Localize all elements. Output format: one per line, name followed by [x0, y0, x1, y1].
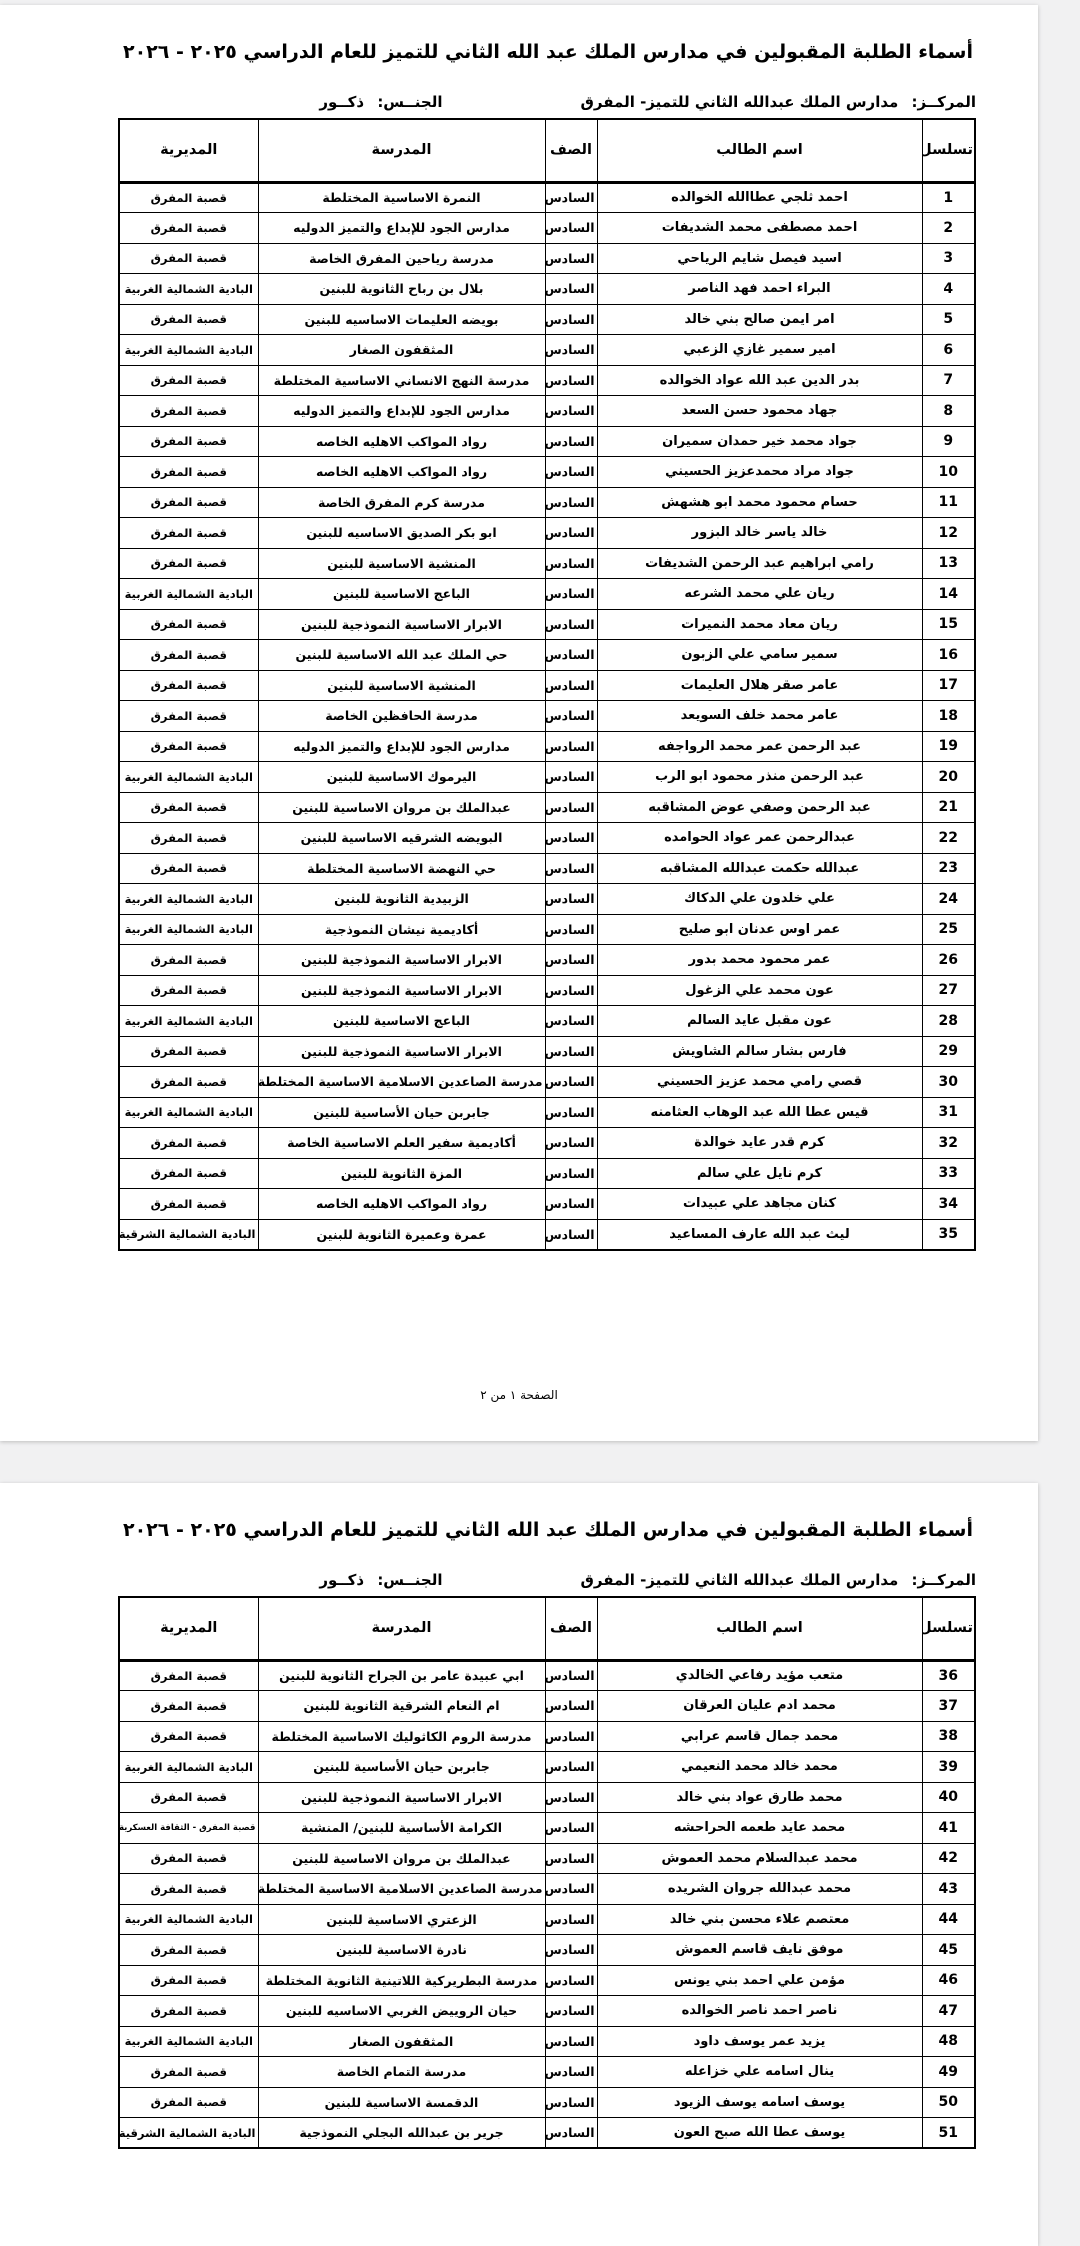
cell-student-name: عامر محمد خلف السويعد: [597, 701, 922, 732]
cell-school: حي النهضة الاساسية المختلطة: [258, 853, 545, 884]
table-row: 51يوسف عطا الله صبح العونالسادسجرير بن ع…: [119, 2118, 975, 2149]
cell-directorate: البادية الشمالية الغربية: [119, 274, 258, 305]
cell-student-name: بدر الدين عبد الله عواد الخوالده: [597, 365, 922, 396]
cell-serial: 28: [922, 1006, 975, 1037]
cell-serial: 26: [922, 945, 975, 976]
cell-serial: 49: [922, 2057, 975, 2088]
cell-school: الباعج الاساسية للبنين: [258, 1006, 545, 1037]
col-header-serial: تسلسل: [922, 1597, 975, 1660]
cell-directorate: قصبة المفرق: [119, 945, 258, 976]
cell-directorate: قصبة المفرق: [119, 1691, 258, 1722]
cell-directorate: البادية الشمالية الغربية: [119, 1097, 258, 1128]
cell-grade: السادس: [545, 365, 597, 396]
cell-school: مدارس الجود للإبداع والتميز الدوليه: [258, 731, 545, 762]
cell-serial: 21: [922, 792, 975, 823]
cell-grade: السادس: [545, 762, 597, 793]
cell-student-name: محمد طارق عواد بني خالد: [597, 1782, 922, 1813]
cell-school: الابرار الاساسية النموذجية للبنين: [258, 945, 545, 976]
cell-serial: 51: [922, 2118, 975, 2149]
cell-directorate: قصبة المفرق: [119, 731, 258, 762]
cell-grade: السادس: [545, 670, 597, 701]
cell-grade: السادس: [545, 1097, 597, 1128]
cell-directorate: قصبة المفرق: [119, 213, 258, 244]
table-row: 18عامر محمد خلف السويعدالسادسمدرسة الحاف…: [119, 701, 975, 732]
cell-grade: السادس: [545, 640, 597, 671]
cell-directorate: قصبة المفرق: [119, 457, 258, 488]
cell-serial: 2: [922, 213, 975, 244]
table-row: 28عون مقبل عايد السالمالسادسالباعج الاسا…: [119, 1006, 975, 1037]
table-row: 35ليث عبد الله عارف المساعيدالسادسعمرة و…: [119, 1219, 975, 1250]
cell-school: المنشية الاساسية للبنين: [258, 548, 545, 579]
center-label: المركــز:: [912, 93, 976, 111]
cell-school: المثقفون الصغار: [258, 335, 545, 366]
cell-student-name: عبد الرحمن منذر محمود ابو الرب: [597, 762, 922, 793]
center-field: المركــز: مدارس الملك عبدالله الثاني للت…: [580, 1571, 976, 1589]
col-header-school: المدرسة: [258, 119, 545, 182]
cell-grade: السادس: [545, 1782, 597, 1813]
cell-school: نادرة الاساسية للبنين: [258, 1935, 545, 1966]
cell-grade: السادس: [545, 1036, 597, 1067]
cell-serial: 29: [922, 1036, 975, 1067]
cell-school: بلال بن رباح الثانوية للبنين: [258, 274, 545, 305]
cell-student-name: قيس عطا الله عبد الوهاب العثامنه: [597, 1097, 922, 1128]
cell-school: الابرار الاساسية النموذجية للبنين: [258, 1782, 545, 1813]
cell-directorate: البادية الشمالية الغربية: [119, 579, 258, 610]
cell-school: جابربن حيان الأساسية للبنين: [258, 1752, 545, 1783]
col-header-grade: الصف: [545, 1597, 597, 1660]
cell-student-name: سمير سامي علي الزبون: [597, 640, 922, 671]
table-row: 22عبدالرحمن عمر عواد الحوامدهالسادسالبوي…: [119, 823, 975, 854]
cell-school: المنشية الاساسية للبنين: [258, 670, 545, 701]
cell-student-name: يوسف عطا الله صبح العون: [597, 2118, 922, 2149]
cell-school: الابرار الاساسية النموذجية للبنين: [258, 609, 545, 640]
cell-serial: 37: [922, 1691, 975, 1722]
cell-serial: 39: [922, 1752, 975, 1783]
table-row: 31قيس عطا الله عبد الوهاب العثامنهالسادس…: [119, 1097, 975, 1128]
cell-grade: السادس: [545, 1158, 597, 1189]
cell-grade: السادس: [545, 2118, 597, 2149]
cell-school: مدرسة النهج الانساني الاساسية المختلطة: [258, 365, 545, 396]
gender-value: ذكــور: [319, 93, 364, 111]
cell-school: أكاديمية نيشان النموذجية: [258, 914, 545, 945]
cell-school: مدرسة الروم الكاثوليك الاساسية المختلطة: [258, 1721, 545, 1752]
cell-directorate: قصبة المفرق: [119, 2057, 258, 2088]
cell-directorate: قصبة المفرق: [119, 1158, 258, 1189]
cell-grade: السادس: [545, 1189, 597, 1220]
gender-field: الجنــس: ذكــور: [319, 93, 442, 111]
cell-directorate: قصبة المفرق: [119, 1660, 258, 1691]
cell-student-name: محمد عبدالله جروان الشريده: [597, 1874, 922, 1905]
cell-serial: 50: [922, 2087, 975, 2118]
col-header-serial: تسلسل: [922, 119, 975, 182]
cell-grade: السادس: [545, 579, 597, 610]
cell-grade: السادس: [545, 2026, 597, 2057]
cell-serial: 42: [922, 1843, 975, 1874]
col-header-student: اسم الطالب: [597, 119, 922, 182]
gender-label: الجنــس:: [377, 1571, 442, 1589]
cell-school: رواد المواكب الاهليه الخاصه: [258, 426, 545, 457]
cell-student-name: ينال اسامه علي خزاعله: [597, 2057, 922, 2088]
cell-directorate: قصبة المفرق: [119, 701, 258, 732]
page-title: أسماء الطلبة المقبولين في مدارس الملك عب…: [120, 41, 976, 63]
cell-grade: السادس: [545, 1874, 597, 1905]
cell-directorate: البادية الشمالية الشرقية: [119, 1219, 258, 1250]
cell-serial: 44: [922, 1904, 975, 1935]
center-value: مدارس الملك عبدالله الثاني للتميز- المفر…: [580, 1571, 898, 1589]
cell-grade: السادس: [545, 274, 597, 305]
cell-student-name: جواد محمد خير حمدان سميران: [597, 426, 922, 457]
table-row: 9جواد محمد خير حمدان سميرانالسادسرواد ال…: [119, 426, 975, 457]
cell-serial: 9: [922, 426, 975, 457]
table-row: 4البراء احمد فهد الناصرالسادسبلال بن ربا…: [119, 274, 975, 305]
gender-value: ذكــور: [319, 1571, 364, 1589]
cell-directorate: البادية الشمالية الغربية: [119, 1006, 258, 1037]
table-row: 14ريان علي محمد الشرعهالسادسالباعج الاسا…: [119, 579, 975, 610]
cell-school: النمرة الاساسية المختلطة: [258, 182, 545, 213]
cell-grade: السادس: [545, 548, 597, 579]
cell-student-name: جهاد محمود حسن السعد: [597, 396, 922, 427]
cell-grade: السادس: [545, 304, 597, 335]
table-row: 8جهاد محمود حسن السعدالسادسمدارس الجود ل…: [119, 396, 975, 427]
meta-row: المركــز: مدارس الملك عبدالله الثاني للت…: [120, 93, 976, 111]
cell-grade: السادس: [545, 609, 597, 640]
cell-student-name: ليث عبد الله عارف المساعيد: [597, 1219, 922, 1250]
cell-serial: 7: [922, 365, 975, 396]
students-table-page-1: تسلسل اسم الطالب الصف المدرسة المديرية 1…: [118, 118, 976, 1251]
cell-serial: 5: [922, 304, 975, 335]
cell-student-name: عون محمد علي الزغول: [597, 975, 922, 1006]
cell-grade: السادس: [545, 731, 597, 762]
cell-serial: 31: [922, 1097, 975, 1128]
cell-grade: السادس: [545, 914, 597, 945]
col-header-school: المدرسة: [258, 1597, 545, 1660]
cell-serial: 11: [922, 487, 975, 518]
cell-school: ابو بكر الصديق الاساسيه للبنين: [258, 518, 545, 549]
cell-serial: 19: [922, 731, 975, 762]
table-row: 27عون محمد علي الزغولالسادسالابرار الاسا…: [119, 975, 975, 1006]
cell-directorate: قصبة المفرق - الثقافة العسكرية: [119, 1813, 258, 1844]
cell-directorate: قصبة المفرق: [119, 396, 258, 427]
col-header-student: اسم الطالب: [597, 1597, 922, 1660]
cell-directorate: قصبة المفرق: [119, 1189, 258, 1220]
table-row: 33كرم نايل علي سالمالسادسالمزة الثانوية …: [119, 1158, 975, 1189]
cell-directorate: قصبة المفرق: [119, 365, 258, 396]
cell-student-name: كنان مجاهد علي عبيدات: [597, 1189, 922, 1220]
cell-school: رواد المواكب الاهليه الخاصه: [258, 1189, 545, 1220]
cell-student-name: فارس بشار سالم الشاويش: [597, 1036, 922, 1067]
cell-serial: 35: [922, 1219, 975, 1250]
cell-directorate: قصبة المفرق: [119, 853, 258, 884]
cell-serial: 12: [922, 518, 975, 549]
cell-school: مدرسة الحافظين الخاصة: [258, 701, 545, 732]
cell-serial: 18: [922, 701, 975, 732]
cell-grade: السادس: [545, 975, 597, 1006]
cell-school: جابربن حيان الأساسية للبنين: [258, 1097, 545, 1128]
cell-student-name: جواد مراد محمدعزيز الحسيني: [597, 457, 922, 488]
cell-grade: السادس: [545, 182, 597, 213]
cell-serial: 1: [922, 182, 975, 213]
cell-school: الزبيدية الثانوية للبنين: [258, 884, 545, 915]
table-row: 6امير سمير غازي الزعبيالسادسالمثقفون الص…: [119, 335, 975, 366]
cell-student-name: متعب مؤيد رفاعي الخالدي: [597, 1660, 922, 1691]
cell-serial: 34: [922, 1189, 975, 1220]
cell-directorate: قصبة المفرق: [119, 304, 258, 335]
cell-school: المزة الثانوية للبنين: [258, 1158, 545, 1189]
cell-directorate: قصبة المفرق: [119, 670, 258, 701]
cell-directorate: قصبة المفرق: [119, 548, 258, 579]
cell-directorate: قصبة المفرق: [119, 182, 258, 213]
cell-serial: 32: [922, 1128, 975, 1159]
cell-student-name: مؤمن علي احمد بني يونس: [597, 1965, 922, 1996]
cell-student-name: ناصر احمد ناصر الخوالده: [597, 1996, 922, 2027]
cell-serial: 4: [922, 274, 975, 305]
cell-directorate: قصبة المفرق: [119, 518, 258, 549]
table-row: 26عمر محمود محمد بدورالسادسالابرار الاسا…: [119, 945, 975, 976]
table-row: 39محمد خالد محمد النعيميالسادسجابربن حيا…: [119, 1752, 975, 1783]
cell-directorate: قصبة المفرق: [119, 1965, 258, 1996]
center-value: مدارس الملك عبدالله الثاني للتميز- المفر…: [580, 93, 898, 111]
table-row: 5امر ايمن صالح بني خالدالسادسبويضه العلي…: [119, 304, 975, 335]
cell-grade: السادس: [545, 945, 597, 976]
cell-serial: 20: [922, 762, 975, 793]
cell-student-name: محمد خالد محمد النعيمي: [597, 1752, 922, 1783]
table-row: 41محمد عايد طعمه الحراحشهالسادسالكرامة ا…: [119, 1813, 975, 1844]
page-number: الصفحة ١ من ٢: [0, 1388, 1038, 1402]
table-row: 11حسام محمود محمد ابو هشهشالسادسمدرسة كر…: [119, 487, 975, 518]
cell-grade: السادس: [545, 1128, 597, 1159]
cell-serial: 13: [922, 548, 975, 579]
table-row: 2احمد مصطفى محمد الشديفاتالسادسمدارس الج…: [119, 213, 975, 244]
cell-school: مدرسة رياحين المفرق الخاصة: [258, 243, 545, 274]
cell-student-name: عون مقبل عايد السالم: [597, 1006, 922, 1037]
table-row: 17عامر صقر هلال العليماتالسادسالمنشية ال…: [119, 670, 975, 701]
cell-directorate: قصبة المفرق: [119, 1128, 258, 1159]
table-row: 3اسيد فيصل شايم الرياحيالسادسمدرسة رياحي…: [119, 243, 975, 274]
table-row: 47ناصر احمد ناصر الخوالدهالسادسحيان الرو…: [119, 1996, 975, 2027]
cell-school: الابرار الاساسية النموذجية للبنين: [258, 975, 545, 1006]
cell-directorate: البادية الشمالية الغربية: [119, 762, 258, 793]
table-row: 44معتصم علاء محسن بني خالدالسادسالزعتري …: [119, 1904, 975, 1935]
cell-grade: السادس: [545, 1904, 597, 1935]
cell-directorate: البادية الشمالية الشرقية: [119, 2118, 258, 2149]
cell-student-name: ريان معاد محمد النميرات: [597, 609, 922, 640]
cell-grade: السادس: [545, 1006, 597, 1037]
cell-directorate: قصبة المفرق: [119, 640, 258, 671]
cell-serial: 48: [922, 2026, 975, 2057]
table-row: 20عبد الرحمن منذر محمود ابو الربالسادسال…: [119, 762, 975, 793]
cell-student-name: حسام محمود محمد ابو هشهش: [597, 487, 922, 518]
cell-directorate: البادية الشمالية الغربية: [119, 1752, 258, 1783]
table-row: 19عبد الرحمن عمر محمد الرواجفهالسادسمدار…: [119, 731, 975, 762]
cell-grade: السادس: [545, 823, 597, 854]
cell-serial: 45: [922, 1935, 975, 1966]
cell-grade: السادس: [545, 1813, 597, 1844]
cell-directorate: قصبة المفرق: [119, 1067, 258, 1098]
gender-field: الجنــس: ذكــور: [319, 1571, 442, 1589]
cell-school: الكرامة الأساسية للبنين/ المنشية: [258, 1813, 545, 1844]
cell-serial: 41: [922, 1813, 975, 1844]
cell-serial: 46: [922, 1965, 975, 1996]
cell-directorate: قصبة المفرق: [119, 426, 258, 457]
table-header-row: تسلسل اسم الطالب الصف المدرسة المديرية: [119, 1597, 975, 1660]
cell-directorate: البادية الشمالية الغربية: [119, 335, 258, 366]
cell-grade: السادس: [545, 701, 597, 732]
table-row: 13رامي ابراهيم عبد الرحمن الشديفاتالسادس…: [119, 548, 975, 579]
cell-student-name: محمد عبدالسلام محمد العموش: [597, 1843, 922, 1874]
cell-school: مدرسة التمام الخاصة: [258, 2057, 545, 2088]
cell-school: الباعج الاساسية للبنين: [258, 579, 545, 610]
cell-serial: 25: [922, 914, 975, 945]
cell-serial: 47: [922, 1996, 975, 2027]
cell-student-name: احمد ثلجي عطاالله الخوالده: [597, 182, 922, 213]
table-row: 21عبد الرحمن وصفي عوض المشاقبهالسادسعبدا…: [119, 792, 975, 823]
cell-serial: 10: [922, 457, 975, 488]
cell-grade: السادس: [545, 1996, 597, 2027]
cell-student-name: يزيد عمر يوسف داود: [597, 2026, 922, 2057]
cell-serial: 22: [922, 823, 975, 854]
cell-school: مدرسة الصاعدين الاسلامية الاساسية المختل…: [258, 1067, 545, 1098]
cell-school: الزعتري الاساسية للبنين: [258, 1904, 545, 1935]
cell-serial: 15: [922, 609, 975, 640]
cell-grade: السادس: [545, 1965, 597, 1996]
page-2: أسماء الطلبة المقبولين في مدارس الملك عب…: [0, 1483, 1038, 2246]
cell-school: رواد المواكب الاهليه الخاصه: [258, 457, 545, 488]
cell-student-name: امر ايمن صالح بني خالد: [597, 304, 922, 335]
cell-school: ابي عبيدة عامر بن الجراح الثانوية للبنين: [258, 1660, 545, 1691]
cell-grade: السادس: [545, 487, 597, 518]
cell-grade: السادس: [545, 426, 597, 457]
cell-student-name: عبدالرحمن عمر عواد الحوامده: [597, 823, 922, 854]
table-row: 37محمد ادم عليان العرقانالسادسام النعام …: [119, 1691, 975, 1722]
cell-grade: السادس: [545, 1219, 597, 1250]
cell-serial: 38: [922, 1721, 975, 1752]
cell-serial: 40: [922, 1782, 975, 1813]
cell-grade: السادس: [545, 1691, 597, 1722]
cell-directorate: البادية الشمالية الغربية: [119, 1904, 258, 1935]
cell-serial: 33: [922, 1158, 975, 1189]
cell-directorate: قصبة المفرق: [119, 823, 258, 854]
table-row: 42محمد عبدالسلام محمد العموشالسادسعبدالم…: [119, 1843, 975, 1874]
table-row: 43محمد عبدالله جروان الشريدهالسادسمدرسة …: [119, 1874, 975, 1905]
cell-student-name: البراء احمد فهد الناصر: [597, 274, 922, 305]
table-row: 15ريان معاد محمد النميراتالسادسالابرار ا…: [119, 609, 975, 640]
cell-school: المثقفون الصغار: [258, 2026, 545, 2057]
cell-school: مدرسة كرم المفرق الخاصة: [258, 487, 545, 518]
cell-student-name: محمد جمال قاسم عرابي: [597, 1721, 922, 1752]
cell-serial: 3: [922, 243, 975, 274]
cell-student-name: محمد ادم عليان العرقان: [597, 1691, 922, 1722]
cell-directorate: قصبة المفرق: [119, 1874, 258, 1905]
cell-serial: 14: [922, 579, 975, 610]
cell-school: مدرسة الصاعدين الاسلامية الاساسية المختل…: [258, 1874, 545, 1905]
cell-student-name: يوسف اسامه يوسف الزيود: [597, 2087, 922, 2118]
cell-grade: السادس: [545, 396, 597, 427]
cell-serial: 27: [922, 975, 975, 1006]
table-row: 38محمد جمال قاسم عرابيالسادسمدرسة الروم …: [119, 1721, 975, 1752]
cell-directorate: قصبة المفرق: [119, 1843, 258, 1874]
table-row: 25عمر اوس عدنان ابو صليحالسادسأكاديمية ن…: [119, 914, 975, 945]
cell-grade: السادس: [545, 853, 597, 884]
cell-student-name: كرم نايل علي سالم: [597, 1158, 922, 1189]
students-table-page-2: تسلسل اسم الطالب الصف المدرسة المديرية 3…: [118, 1596, 976, 2149]
cell-grade: السادس: [545, 884, 597, 915]
cell-directorate: قصبة المفرق: [119, 1036, 258, 1067]
cell-grade: السادس: [545, 518, 597, 549]
center-field: المركــز: مدارس الملك عبدالله الثاني للت…: [580, 93, 976, 111]
table-row: 1احمد ثلجي عطاالله الخوالدهالسادسالنمرة …: [119, 182, 975, 213]
cell-student-name: عامر صقر هلال العليمات: [597, 670, 922, 701]
center-label: المركــز:: [912, 1571, 976, 1589]
cell-school: اليرموك الاساسية للبنين: [258, 762, 545, 793]
cell-directorate: البادية الشمالية الغربية: [119, 914, 258, 945]
cell-grade: السادس: [545, 1660, 597, 1691]
cell-student-name: خالد ياسر خالد البزور: [597, 518, 922, 549]
cell-grade: السادس: [545, 243, 597, 274]
cell-grade: السادس: [545, 2087, 597, 2118]
cell-directorate: البادية الشمالية الغربية: [119, 2026, 258, 2057]
cell-school: عمرة وعميرة الثانوية للبنين: [258, 1219, 545, 1250]
cell-serial: 30: [922, 1067, 975, 1098]
cell-student-name: ريان علي محمد الشرعه: [597, 579, 922, 610]
cell-school: الابرار الاساسية النموذجية للبنين: [258, 1036, 545, 1067]
table-row: 36متعب مؤيد رفاعي الخالديالسادسابي عبيدة…: [119, 1660, 975, 1691]
cell-student-name: عبد الرحمن وصفي عوض المشاقبه: [597, 792, 922, 823]
cell-student-name: امير سمير غازي الزعبي: [597, 335, 922, 366]
cell-serial: 6: [922, 335, 975, 366]
cell-directorate: قصبة المفرق: [119, 243, 258, 274]
cell-directorate: قصبة المفرق: [119, 2087, 258, 2118]
cell-student-name: عبد الرحمن عمر محمد الرواجفه: [597, 731, 922, 762]
table-row: 10جواد مراد محمدعزيز الحسينيالسادسرواد ا…: [119, 457, 975, 488]
cell-school: البويضه الشرقيه الاساسية للبنين: [258, 823, 545, 854]
col-header-directorate: المديرية: [119, 1597, 258, 1660]
cell-serial: 36: [922, 1660, 975, 1691]
cell-school: أكاديمية سفير العلم الاساسية الخاصة: [258, 1128, 545, 1159]
cell-student-name: احمد مصطفى محمد الشديفات: [597, 213, 922, 244]
cell-directorate: قصبة المفرق: [119, 1935, 258, 1966]
cell-school: الدقمسة الاساسية للبنين: [258, 2087, 545, 2118]
cell-school: حيان الروييض الغربي الاساسيه للبنين: [258, 1996, 545, 2027]
cell-student-name: علي خلدون علي الدكاك: [597, 884, 922, 915]
cell-serial: 8: [922, 396, 975, 427]
cell-student-name: موفق نايف قاسم العموش: [597, 1935, 922, 1966]
cell-grade: السادس: [545, 457, 597, 488]
table-row: 32كرم قدر عايد خوالدةالسادسأكاديمية سفير…: [119, 1128, 975, 1159]
table-row: 24علي خلدون علي الدكاكالسادسالزبيدية الث…: [119, 884, 975, 915]
cell-student-name: محمد عايد طعمه الحراحشه: [597, 1813, 922, 1844]
col-header-directorate: المديرية: [119, 119, 258, 182]
table-row: 12خالد ياسر خالد البزورالسادسابو بكر الص…: [119, 518, 975, 549]
table-row: 49ينال اسامه علي خزاعلهالسادسمدرسة التما…: [119, 2057, 975, 2088]
page-1: أسماء الطلبة المقبولين في مدارس الملك عب…: [0, 5, 1038, 1441]
cell-school: ام النعام الشرقية الثانوية للبنين: [258, 1691, 545, 1722]
cell-school: مدارس الجود للإبداع والتميز الدوليه: [258, 396, 545, 427]
cell-grade: السادس: [545, 1935, 597, 1966]
cell-directorate: قصبة المفرق: [119, 792, 258, 823]
cell-student-name: اسيد فيصل شايم الرياحي: [597, 243, 922, 274]
cell-serial: 43: [922, 1874, 975, 1905]
table-row: 29فارس بشار سالم الشاويشالسادسالابرار ال…: [119, 1036, 975, 1067]
table-header-row: تسلسل اسم الطالب الصف المدرسة المديرية: [119, 119, 975, 182]
cell-school: عبدالملك بن مروان الاساسية للبنين: [258, 1843, 545, 1874]
cell-student-name: عمر اوس عدنان ابو صليح: [597, 914, 922, 945]
cell-directorate: قصبة المفرق: [119, 487, 258, 518]
cell-directorate: قصبة المفرق: [119, 1996, 258, 2027]
cell-school: جرير بن عبدالله البجلي النموذجية: [258, 2118, 545, 2149]
table-row: 16سمير سامي علي الزبونالسادسحي الملك عبد…: [119, 640, 975, 671]
cell-school: عبدالملك بن مروان الاساسية للبنين: [258, 792, 545, 823]
cell-directorate: قصبة المفرق: [119, 609, 258, 640]
